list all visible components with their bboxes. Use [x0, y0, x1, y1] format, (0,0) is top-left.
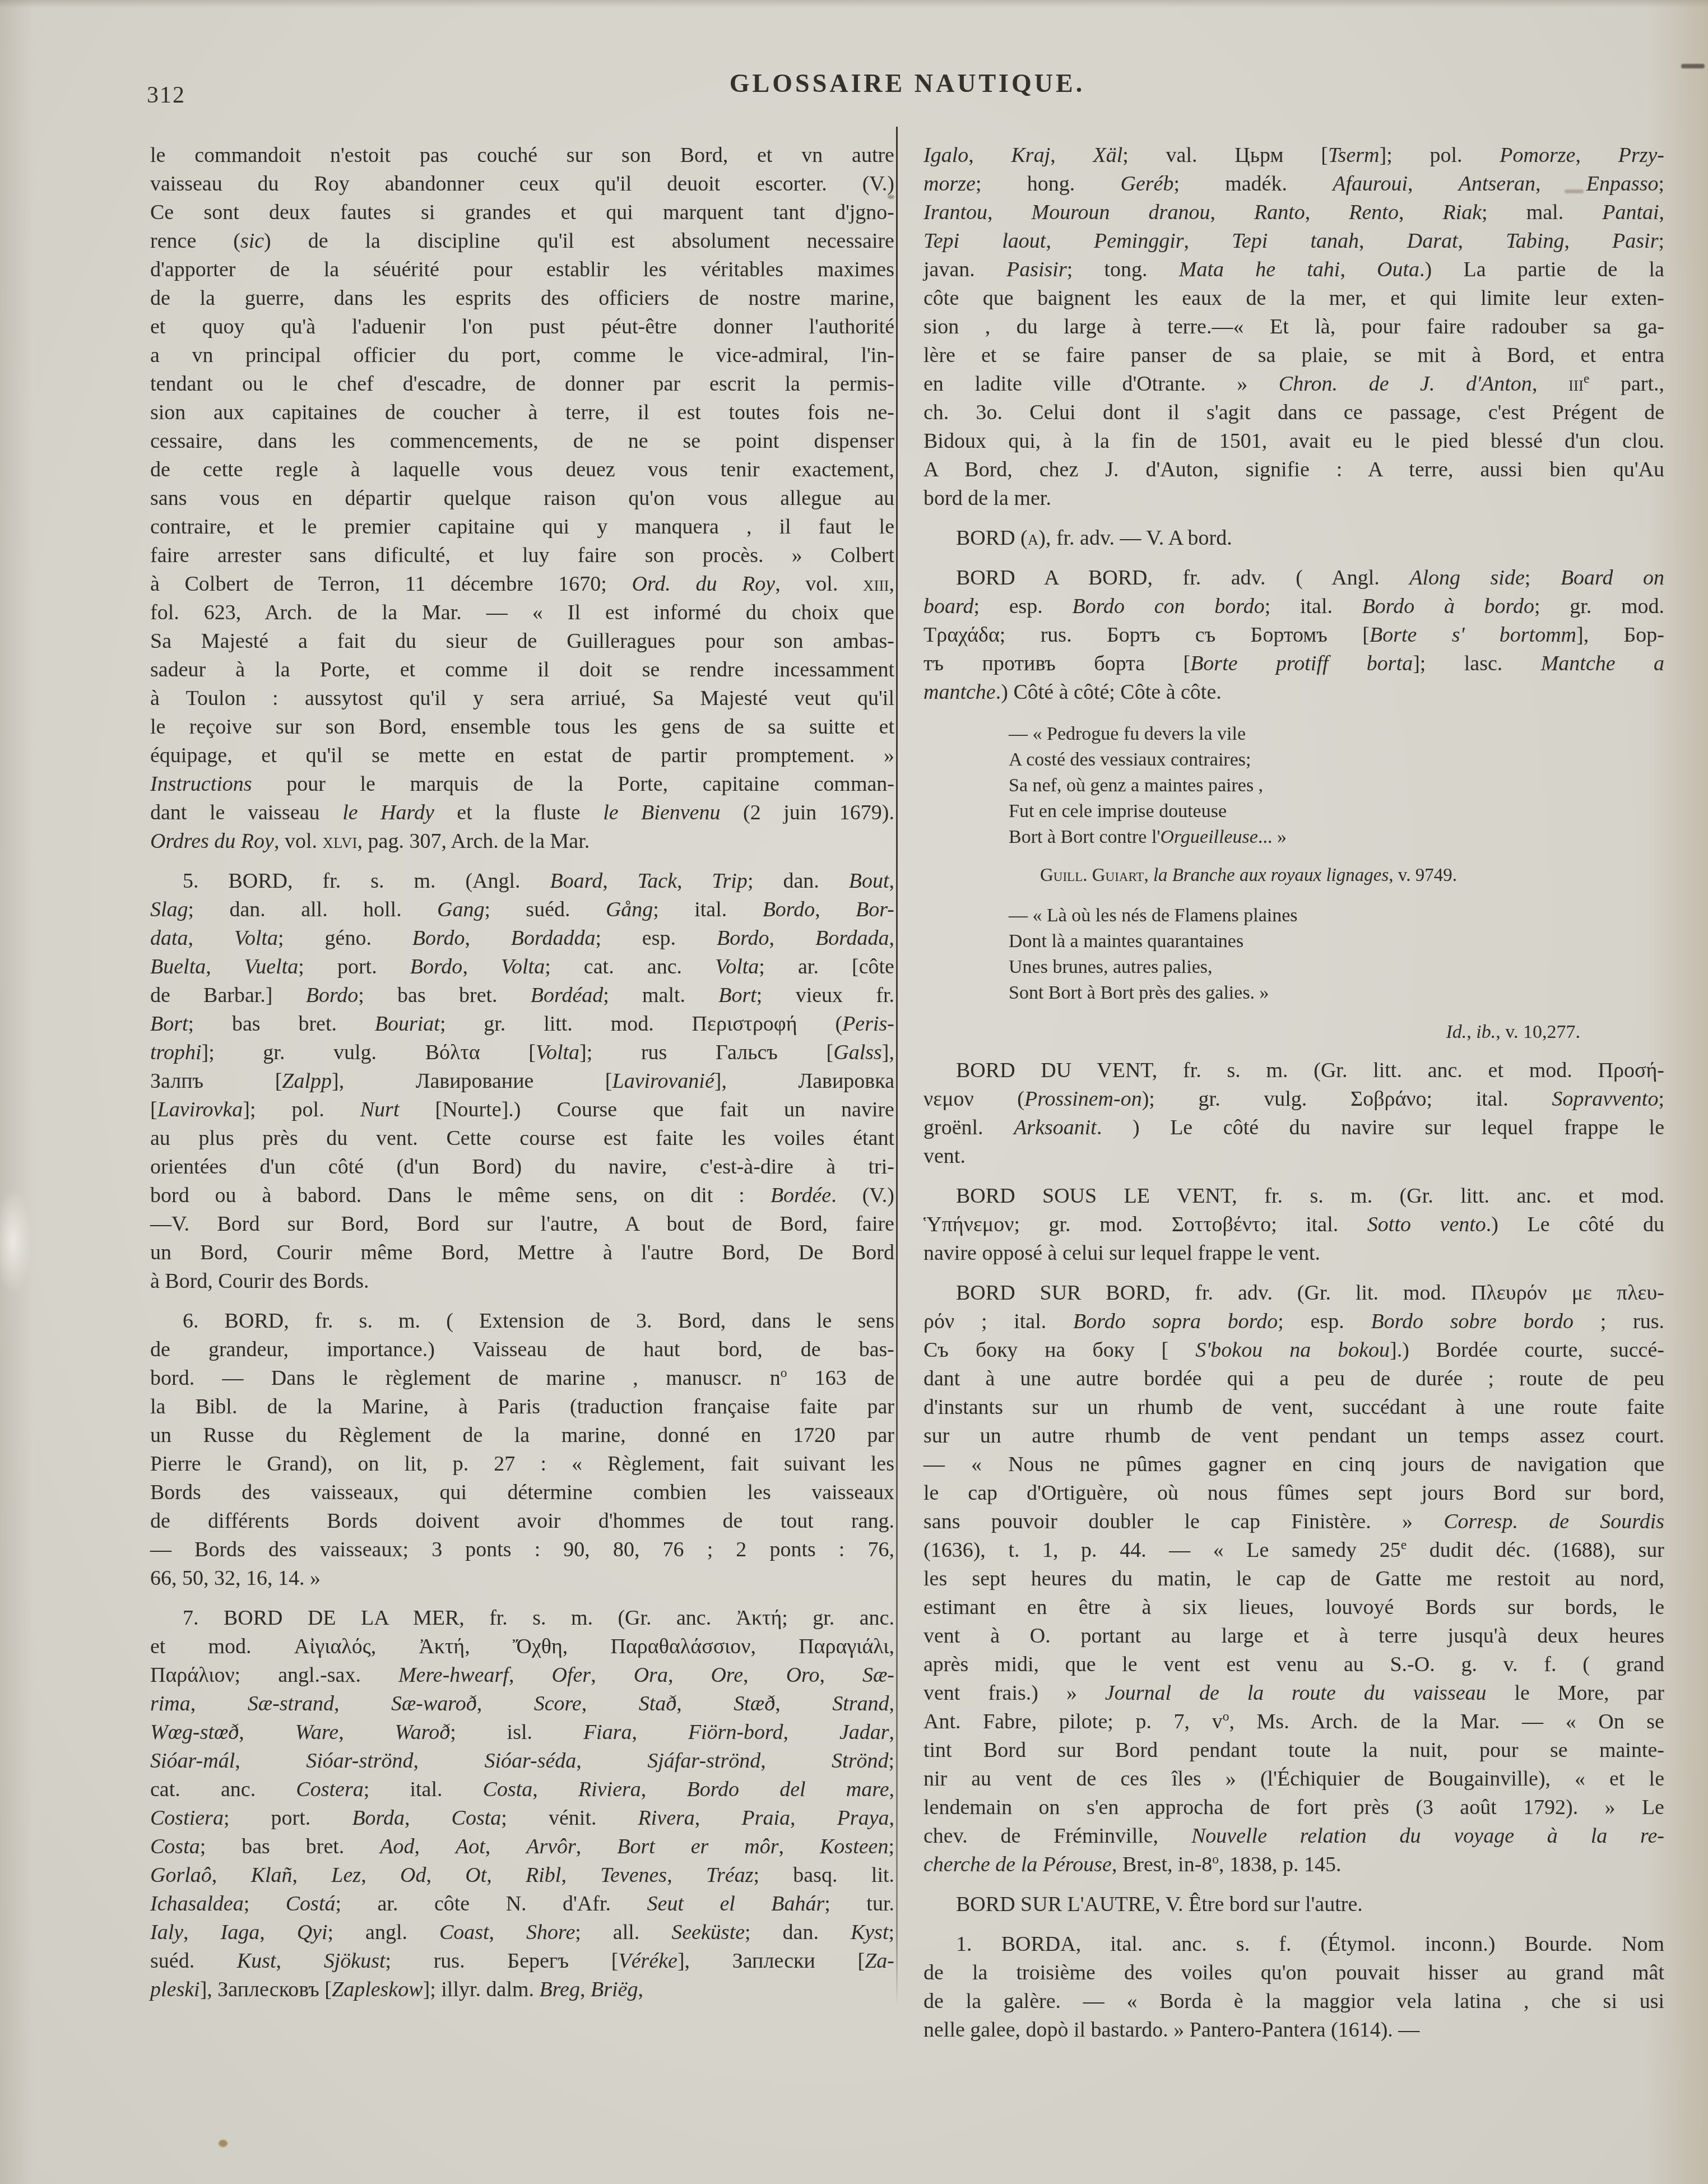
text-line: BORD DU VENT, fr. s. m. (Gr. litt. anc. … — [923, 1056, 1664, 1085]
text-line: les sept heures du matin, le cap de Gatt… — [923, 1565, 1664, 1593]
entry-4-bord-continuation: le commandoit n'estoit pas couché sur so… — [150, 141, 894, 856]
text-line: Ce sont deux fautes si grandes et qui ma… — [150, 198, 894, 227]
text-line: Sióar-mál, Sióar-strönd, Sióar-séda, Sjá… — [150, 1747, 894, 1775]
text-line: de cette regle à laquelle vous deuez vou… — [150, 456, 894, 484]
text-line: contraire, et le premier capitaine qui y… — [150, 513, 894, 541]
text-line: 5. BORD, fr. s. m. (Angl. Board, Tack, T… — [150, 867, 894, 896]
text-line: de la galère. — « Borda è la maggior vel… — [923, 1987, 1664, 2016]
text-line: bord. — Dans le règlement de marine , ma… — [150, 1364, 894, 1393]
text-line: à Colbert de Terron, 11 décembre 1670; O… — [150, 570, 894, 599]
text-line: Sont Bort à Bort près des galies. » — [1009, 980, 1664, 1006]
text-line: Dont là a maintes quarantaines — [1009, 929, 1664, 954]
text-line: à Bord, Courir des Bords. — [150, 1267, 894, 1296]
text-line: Id., ib., v. 10,277. — [923, 1019, 1580, 1045]
text-line: morze; hong. Geréb; madék. Afauroui, Ant… — [923, 170, 1664, 198]
text-line: Bidoux qui, à la fin de 1501, avait eu l… — [923, 427, 1664, 456]
quote-verse-pedrogue: — « Pedrogue fu devers la vileA costé de… — [1009, 721, 1664, 850]
text-line: Bort; bas bret. Bouriat; gr. litt. mod. … — [150, 1010, 894, 1038]
text-line: ch. 3o. Celui dont il s'agit dans ce pas… — [923, 398, 1664, 427]
text-line: Unes brunes, autres palies, — [1009, 954, 1664, 980]
text-line: cherche de la Pérouse, Brest, in-8o, 183… — [923, 1851, 1664, 1879]
text-line: cessaire, dans les commencements, de ne … — [150, 427, 894, 456]
text-line: après midi, que le vent est venu au S.-O… — [923, 1650, 1664, 1679]
text-line: le cap d'Ortiguère, où nous fûmes sept j… — [923, 1479, 1664, 1508]
text-line: 66, 50, 32, 16, 14. » — [150, 1564, 894, 1593]
entry-bord-sur-l-autre: BORD SUR L'AUTRE, V. Être bord sur l'aut… — [923, 1890, 1664, 1919]
text-line: le reçoive sur son Bord, ensemble tous l… — [150, 713, 894, 741]
text-line: (1636), t. 1, p. 44. — « Le samedy 25e d… — [923, 1536, 1664, 1565]
text-line: côte que baignent les eaux de la mer, et… — [923, 284, 1664, 313]
scan-edge-mark — [1565, 189, 1584, 193]
text-line: sans vous en départir quelque raison qu'… — [150, 484, 894, 513]
text-line: Παράλιον; angl.-sax. Mere-hwearf, Ofer, … — [150, 1661, 894, 1690]
entry-bord-du-vent: BORD DU VENT, fr. s. m. (Gr. litt. anc. … — [923, 1056, 1664, 1171]
text-line: mantche.) Côté à côté; Côte à côte. — [923, 678, 1664, 707]
text-line: BORD SOUS LE VENT, fr. s. m. (Gr. litt. … — [923, 1182, 1664, 1211]
running-title: GLOSSAIRE NAUTIQUE. — [150, 68, 1664, 98]
entry-bord-sur-bord: BORD SUR BORD, fr. adv. (Gr. lit. mod. Π… — [923, 1279, 1664, 1879]
text-line: et quoy qu'à l'aduenir l'on pust péut-êt… — [150, 313, 894, 341]
text-line: sans pouvoir doubler le cap Finistère. »… — [923, 1508, 1664, 1536]
text-line: vent frais.) » Journal de la route du va… — [923, 1679, 1664, 1708]
text-line: chev. de Fréminville, Nouvelle relation … — [923, 1822, 1664, 1851]
text-line: A costé des vessiaux contraires; — [1009, 747, 1664, 773]
text-line: en ladite ville d'Otrante. » Chron. de J… — [923, 370, 1664, 398]
text-line: Τραχάδα; rus. Бортъ съ Бортомъ [Borte s'… — [923, 621, 1664, 650]
text-line: sion aux capitaines de coucher à terre, … — [150, 398, 894, 427]
text-line: Ialy, Iaga, Qyi; angl. Coast, Shore; all… — [150, 1918, 894, 1947]
text-line: board; esp. Bordo con bordo; ital. Bordo… — [923, 592, 1664, 621]
entry-7-bord-de-la-mer: 7. BORD DE LA MER, fr. s. m. (Gr. anc. Ἀ… — [150, 1604, 894, 2004]
text-line: Costiera; port. Borda, Costa; vénit. Riv… — [150, 1804, 894, 1833]
text-line: — « Là où les nés de Flamens plaines — [1009, 903, 1664, 929]
text-line: —V. Bord sur Bord, Bord sur l'autre, A b… — [150, 1210, 894, 1239]
entry-bord-sous-le-vent: BORD SOUS LE VENT, fr. s. m. (Gr. litt. … — [923, 1182, 1664, 1268]
text-line: 6. BORD, fr. s. m. ( Extension de 3. Bor… — [150, 1307, 894, 1336]
text-line: et mod. Αἰγιαλός, Ἀκτή, Ὄχθη, Παραθαλάσσ… — [150, 1633, 894, 1661]
text-line: Igalo, Kraj, Xäl; val. Цьрм [Tserm]; pol… — [923, 141, 1664, 170]
text-line: suéd. Kust, Sjökust; rus. Берегъ [Véréke… — [150, 1947, 894, 1976]
text-line: tendant ou le chef d'escadre, de donner … — [150, 370, 894, 398]
text-line: au plus près du vent. Cette course est f… — [150, 1124, 894, 1153]
text-line: vent. — [923, 1142, 1664, 1171]
text-line: Sa nef, où genz a maintes paires , — [1009, 773, 1664, 799]
text-line: de la guerre, dans les esprits des offic… — [150, 284, 894, 313]
text-line: Slag; dan. all. holl. Gang; suéd. Gång; … — [150, 896, 894, 924]
text-line: Ὑπήνεμον; gr. mod. Σοττοβέντο; ital. Sot… — [923, 1211, 1664, 1239]
text-line: BORD SUR BORD, fr. adv. (Gr. lit. mod. Π… — [923, 1279, 1664, 1307]
text-line: A Bord, chez J. d'Auton, signifie : A te… — [923, 456, 1664, 484]
text-column-left: le commandoit n'estoit pas couché sur so… — [150, 141, 894, 2004]
text-line: le commandoit n'estoit pas couché sur so… — [150, 141, 894, 170]
text-line: тъ противъ борта [Borte protiff borta]; … — [923, 650, 1664, 678]
text-line: de Barbar.] Bordo; bas bret. Bordéad; ma… — [150, 981, 894, 1010]
paper-speck — [219, 2140, 228, 2147]
text-line: Gorlaô, Klañ, Lez, Od, Ot, Ribl, Tevenes… — [150, 1861, 894, 1890]
text-line: Guill. Guiart, la Branche aux royaux lig… — [1040, 863, 1664, 888]
text-line: trophi]; gr. vulg. Βόλτα [Volta]; rus Га… — [150, 1038, 894, 1067]
text-line: équipage, et qu'il se mette en estat de … — [150, 741, 894, 770]
column-divider-rule — [896, 127, 898, 2006]
quote-attribution-guiart: Guill. Guiart, la Branche aux royaux lig… — [1040, 863, 1664, 888]
text-line: νεμον (Prossinem-on); gr. vulg. Σοβράνο;… — [923, 1085, 1664, 1114]
text-line: Ant. Fabre, pilote; p. 7, vo, Ms. Arch. … — [923, 1708, 1664, 1736]
text-line: Ichasaldea; Costá; ar. côte N. d'Afr. Se… — [150, 1890, 894, 1918]
text-line: BORD A BORD, fr. adv. ( Angl. Along side… — [923, 564, 1664, 592]
entry-7-bord-de-la-mer-continuation: Igalo, Kraj, Xäl; val. Цьрм [Tserm]; pol… — [923, 141, 1664, 513]
text-line: data, Volta; géno. Bordo, Bordadda; esp.… — [150, 924, 894, 953]
text-line: 7. BORD DE LA MER, fr. s. m. (Gr. anc. Ἀ… — [150, 1604, 894, 1633]
paper-blemish — [0, 1188, 33, 1295]
text-line: tint Bord sur Bord pendant toute la nuit… — [923, 1736, 1664, 1765]
text-line: cat. anc. Costera; ital. Costa, Riviera,… — [150, 1775, 894, 1804]
text-line: Tepi laout, Peminggir, Tepi tanah, Darat… — [923, 227, 1664, 256]
text-line: sadeur à la Porte, et comme il doit se r… — [150, 656, 894, 684]
text-line: navire opposé à celui sur lequel frappe … — [923, 1239, 1664, 1268]
text-line: de différents Bords doivent avoir d'homm… — [150, 1507, 894, 1536]
entry-5-bord: 5. BORD, fr. s. m. (Angl. Board, Tack, T… — [150, 867, 894, 1296]
text-line: d'apporter de la séuérité pour establir … — [150, 256, 894, 284]
text-line: Buelta, Vuelta; port. Bordo, Volta; cat.… — [150, 953, 894, 981]
text-line: BORD (a), fr. adv. — V. A bord. — [923, 524, 1664, 553]
text-line: vent à O. portant au large et à terre ju… — [923, 1622, 1664, 1650]
text-line: a vn principal officier du port, comme l… — [150, 341, 894, 370]
text-line: Pierre le Grand), on lit, p. 27 : « Règl… — [150, 1450, 894, 1478]
text-line: groënl. Arksoanit. ) Le côté du navire s… — [923, 1114, 1664, 1142]
quote-verse-flamens: — « Là où les nés de Flamens plainesDont… — [1009, 903, 1664, 1006]
text-line: lère et se faire panser de sa plaie, se … — [923, 341, 1664, 370]
text-line: Instructions pour le marquis de la Porte… — [150, 770, 894, 799]
text-line: Sa Majesté a fait du sieur de Guilleragu… — [150, 627, 894, 656]
text-line: un Bord, Courir même Bord, Mettre à l'au… — [150, 1239, 894, 1267]
text-line: la Bibl. de la Marine, à Paris (traducti… — [150, 1393, 894, 1421]
text-line: Съ боку на боку [ S'bokou na bokou].) Bo… — [923, 1336, 1664, 1365]
text-line: faire arrester sans dificulté, et luy fa… — [150, 541, 894, 570]
text-line: Wœg-stœð, Ware, Waroð; isl. Fiara, Fiörn… — [150, 1718, 894, 1747]
text-line: [Lavirovka]; pol. Nurt [Nourte].) Course… — [150, 1096, 894, 1124]
text-line: — Bords des vaisseaux; 3 ponts : 90, 80,… — [150, 1536, 894, 1564]
text-line: de la troisième des voiles qu'on pouvait… — [923, 1959, 1664, 1987]
text-line: fol. 623, Arch. de la Mar. — « Il est in… — [150, 599, 894, 627]
text-line: bord ou à babord. Dans le même sens, on … — [150, 1181, 894, 1210]
text-line: — « Pedrogue fu devers la vile — [1009, 721, 1664, 747]
entry-6-bord: 6. BORD, fr. s. m. ( Extension de 3. Bor… — [150, 1307, 894, 1593]
text-line: rence (sic) de la discipline qu'il est a… — [150, 227, 894, 256]
text-line: rima, Sæ-strand, Sæ-waroð, Score, Stað, … — [150, 1690, 894, 1718]
text-line: Fut en cele imprise douteuse — [1009, 799, 1664, 824]
text-line: sur un autre rhumb de vent pendant un te… — [923, 1422, 1664, 1450]
scan-edge-mark — [1681, 64, 1705, 68]
text-column-right: Igalo, Kraj, Xäl; val. Цьрм [Tserm]; pol… — [923, 141, 1664, 2044]
text-line: bord de la mer. — [923, 484, 1664, 513]
text-line: lendemain on s'en approcha de fort près … — [923, 1793, 1664, 1822]
text-line: de grandeur, importance.) Vaisseau de ha… — [150, 1336, 894, 1364]
text-line: ρόν ; ital. Bordo sopra bordo; esp. Bord… — [923, 1307, 1664, 1336]
text-line: un Russe du Règlement de la marine, donn… — [150, 1421, 894, 1450]
text-line: javan. Pasisir; tong. Mata he tahi, Outa… — [923, 256, 1664, 284]
paper-speck — [888, 195, 894, 199]
text-line: orientées d'un côté (d'un Bord) du navir… — [150, 1153, 894, 1181]
book-page-scan: 312 GLOSSAIRE NAUTIQUE. le commandoit n'… — [0, 0, 1708, 2184]
text-line: 1. BORDA, ital. anc. s. f. (Étymol. inco… — [923, 1930, 1664, 1959]
text-line: Bords des vaisseaux, qui détermine combi… — [150, 1478, 894, 1507]
text-line: pleski], Заплесковъ [Zapleskow]; illyr. … — [150, 1976, 894, 2004]
text-line: Costa; bas bret. Aod, Aot, Arvôr, Bort e… — [150, 1833, 894, 1861]
text-line: vaisseau du Roy abandonner ceux qu'il de… — [150, 170, 894, 198]
text-line: nelle galee, dopò il bastardo. » Pantero… — [923, 2016, 1664, 2044]
text-line: à Toulon : aussytost qu'il y sera arriué… — [150, 684, 894, 713]
text-line: — « Nous ne pûmes gagner en cinq jours d… — [923, 1450, 1664, 1479]
entry-bord-a-bord: BORD A BORD, fr. adv. ( Angl. Along side… — [923, 564, 1664, 707]
text-line: BORD SUR L'AUTRE, V. Être bord sur l'aut… — [923, 1890, 1664, 1919]
text-line: d'instants sur un rhumb de vent, succéda… — [923, 1393, 1664, 1422]
text-line: dant à une autre bordée qui a peu de dur… — [923, 1365, 1664, 1393]
text-line: sion , du large à terre.—« Et là, pour f… — [923, 313, 1664, 341]
text-line: dant le vaisseau le Hardy et la fluste l… — [150, 799, 894, 827]
text-line: estimant en être à six lieues, louvoyé B… — [923, 1593, 1664, 1622]
entry-1-borda: 1. BORDA, ital. anc. s. f. (Étymol. inco… — [923, 1930, 1664, 2044]
entry-bord-a: BORD (a), fr. adv. — V. A bord. — [923, 524, 1664, 553]
text-line: nir au vent de ces îles » (l'Échiquier d… — [923, 1765, 1664, 1793]
text-line: Залпъ [Zalpp], Лавирование [Lavirovanié]… — [150, 1067, 894, 1096]
quote-attribution-id-ib: Id., ib., v. 10,277. — [923, 1019, 1580, 1045]
text-line: Bort à Bort contre l'Orgueilleuse... » — [1009, 824, 1664, 850]
text-line: Irantou, Mouroun dranou, Ranto, Rento, R… — [923, 198, 1664, 227]
text-line: Ordres du Roy, vol. xlvi, pag. 307, Arch… — [150, 827, 894, 856]
